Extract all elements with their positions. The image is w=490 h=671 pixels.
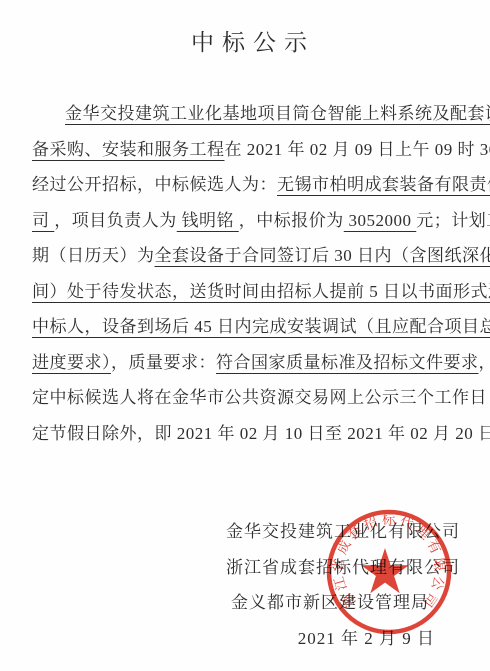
signatory-company-1: 金华交投建筑工业化有限公司 [226, 514, 460, 550]
signature-block: 金华交投建筑工业化有限公司 浙江省成套招标代理有限公司 金义都市新区建设管理局 … [226, 514, 460, 656]
signatory-company-3: 金义都市新区建设管理局 [226, 585, 460, 621]
text-segment: 定节假日除外，即 2021 年 02 月 10 日至 2021 年 02 月 2… [32, 424, 490, 443]
text-segment: 期（日历天）为 [32, 246, 155, 265]
text-segment: 中标人，设备到场后 45 日内完成安装调试（且应配合项目总体 [32, 317, 490, 336]
body-line: 备采购、安装和服务工程在 2021 年 02 月 09 日上午 09 时 30 … [32, 132, 456, 168]
text-segment: 钱明铭 [177, 211, 239, 230]
body-line: 进度要求），质量要求：符合国家质量标准及招标文件要求，拟 [32, 345, 456, 381]
document-title: 中标公示 [0, 24, 490, 57]
body-line: 定中标候选人将在金华市公共资源交易网上公示三个工作日（法 [32, 380, 456, 416]
body-line: 期（日历天）为全套设备于合同签订后 30 日内（含图纸深化时 [32, 238, 456, 274]
text-segment: 全套设备于合同签订后 30 日内（含图纸深化时 [155, 246, 490, 265]
text-segment: 3052000 [344, 211, 417, 230]
text-segment: 司 [32, 211, 54, 230]
text-segment: 经过公开招标，中标候选人为： [32, 175, 277, 194]
text-segment: 无锡市柏明成套装备有限责任公 [277, 175, 490, 194]
signatory-company-2: 浙江省成套招标代理有限公司 [226, 550, 460, 586]
body-line: 经过公开招标，中标候选人为：无锡市柏明成套装备有限责任公 [32, 167, 456, 203]
text-segment: 间）处于待发状态，送货时间由招标人提前 5 日以书面形式通知 [32, 282, 490, 301]
body-line: 定节假日除外，即 2021 年 02 月 10 日至 2021 年 02 月 2… [32, 416, 456, 452]
text-segment: ，质量要求： [111, 353, 216, 372]
body-line: 间）处于待发状态，送货时间由招标人提前 5 日以书面形式通知 [32, 274, 456, 310]
body-line: 金华交投建筑工业化基地项目筒仓智能上料系统及配套设 [32, 96, 456, 132]
text-segment: 符合国家质量标准及招标文件要求 [216, 353, 479, 372]
body-line: 司 ，项目负责人为 钱明铭 ，中标报价为 3052000 元；计划工 [32, 203, 456, 239]
signature-date: 2021 年 2 月 9 日 [226, 621, 460, 657]
text-segment: 进度要求） [32, 353, 111, 372]
body-line: 中标人，设备到场后 45 日内完成安装调试（且应配合项目总体 [32, 309, 456, 345]
text-segment: 备采购、安装和服务工程 [32, 140, 225, 159]
text-segment: 元；计划工 [416, 211, 490, 230]
announcement-body: 金华交投建筑工业化基地项目筒仓智能上料系统及配套设 备采购、安装和服务工程在 2… [32, 96, 456, 451]
document-page: 中标公示 金华交投建筑工业化基地项目筒仓智能上料系统及配套设 备采购、安装和服务… [0, 0, 490, 671]
text-segment: 定中标候选人将在金华市公共资源交易网上公示三个工作日（法 [32, 388, 490, 407]
text-segment: ，项目负责人为 [54, 211, 177, 230]
text-segment: 金华交投建筑工业化基地项目筒仓智能上料系统及配套设 [65, 104, 490, 123]
text-segment: ，中标报价为 [239, 211, 344, 230]
text-segment: ，拟 [479, 353, 490, 372]
text-segment: 在 2021 年 02 月 09 日上午 09 时 30 分 [225, 140, 490, 159]
